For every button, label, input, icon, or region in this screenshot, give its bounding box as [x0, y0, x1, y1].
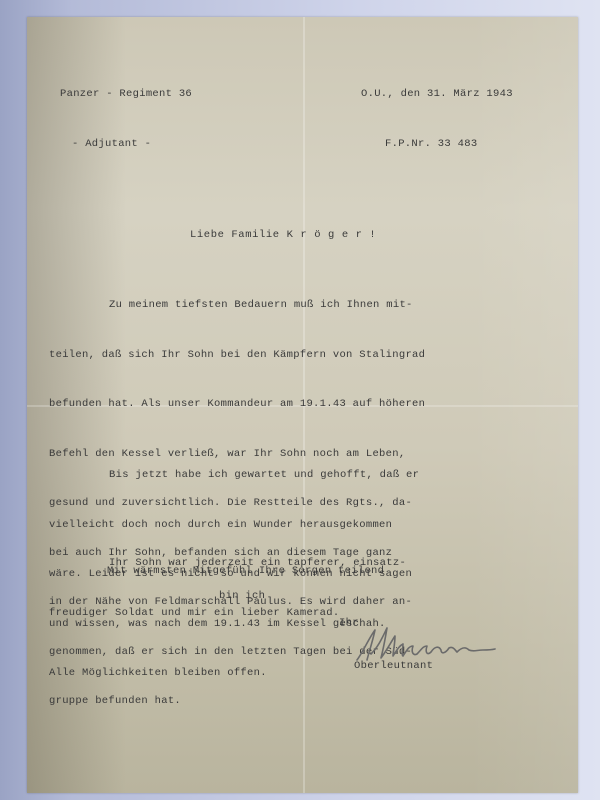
closing-line: Mit wärmsten Mitgefühl Ihre Sorgen teile… — [107, 563, 384, 580]
feldpost-number: F.P.Nr. 33 483 — [361, 136, 513, 153]
date-block: O.U., den 31. März 1943 F.P.Nr. 33 483 — [361, 53, 513, 185]
sender-office: - Adjutant - — [60, 136, 192, 153]
text-line: befunden hat. Als unser Kommandeur am 19… — [49, 396, 425, 413]
letter-sheet: Panzer - Regiment 36 - Adjutant - O.U., … — [27, 17, 578, 793]
place-date: O.U., den 31. März 1943 — [361, 86, 513, 103]
sender-block: Panzer - Regiment 36 - Adjutant - — [60, 53, 192, 185]
text-line: Zu meinem tiefsten Bedauern muß ich Ihne… — [49, 297, 425, 314]
salutation: Liebe Familie K r ö g e r ! — [190, 227, 376, 244]
signer-rank: Oberleutnant — [354, 658, 433, 675]
sender-unit: Panzer - Regiment 36 — [60, 86, 192, 103]
text-line: Bis jetzt habe ich gewartet und gehofft,… — [49, 467, 419, 484]
closing-bin-ich: bin ich — [219, 588, 265, 605]
text-line: teilen, daß sich Ihr Sohn bei den Kämpfe… — [49, 347, 425, 364]
